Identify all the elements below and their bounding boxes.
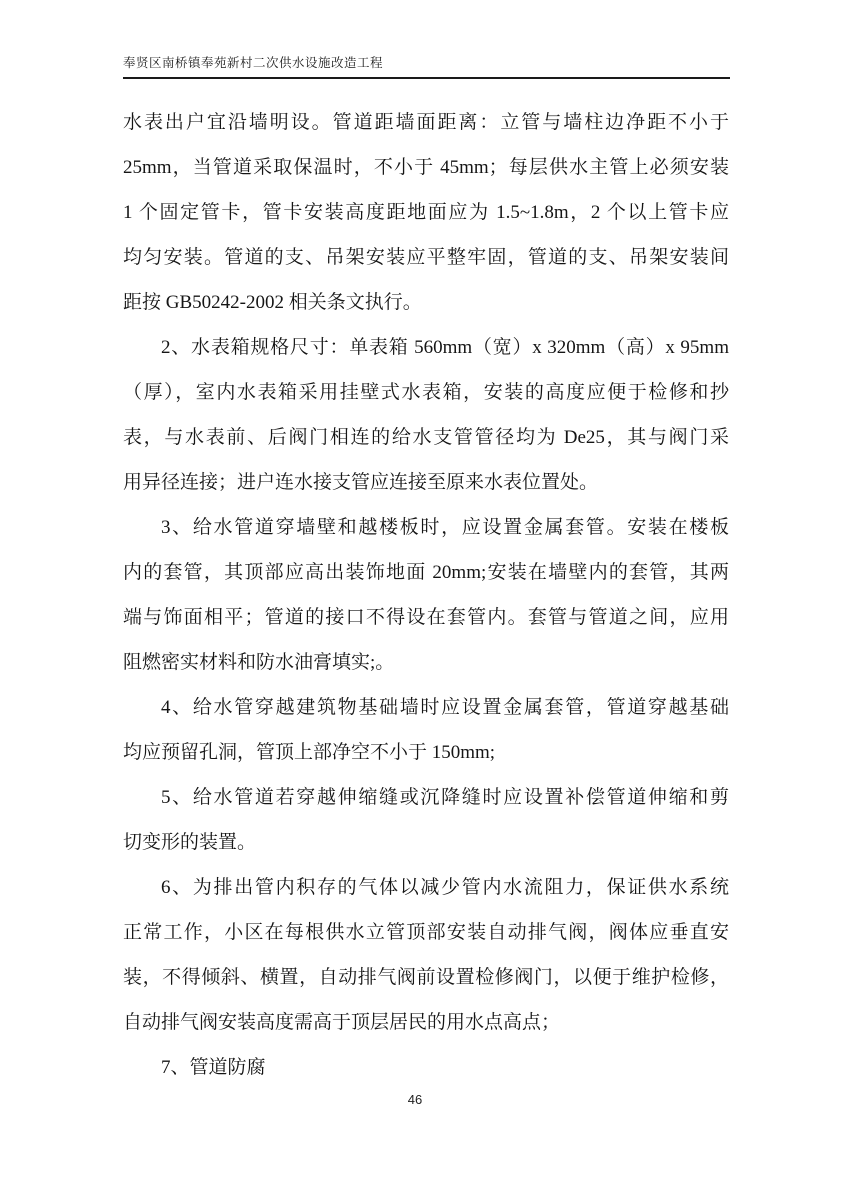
paragraph-7: 7、管道防腐 [123,1045,729,1090]
paragraph-1: 水表出户宜沿墙明设。管道距墙面距离：立管与墙柱边净距不小于25mm，当管道采取保… [123,100,729,325]
text-line: 7、管道防腐 [123,1045,729,1090]
text-line: 距按 GB50242-2002 相关条文执行。 [123,280,729,325]
text-line: （厚），室内水表箱采用挂壁式水表箱，安装的高度应便于检修和抄 [123,370,729,415]
text-line: 切变形的装置。 [123,820,729,865]
text-line: 自动排气阀安装高度需高于顶层居民的用水点高点； [123,1000,729,1045]
paragraph-5: 5、给水管道若穿越伸缩缝或沉降缝时应设置补偿管道伸缩和剪切变形的装置。 [123,775,729,865]
header-project-title: 奉贤区南桥镇奉苑新村二次供水设施改造工程 [123,56,383,70]
text-line: 阻燃密实材料和防水油膏填实;。 [123,640,729,685]
page-number: 46 [408,1092,422,1107]
text-line: 用异径连接；进户连水接支管应连接至原来水表位置处。 [123,460,729,505]
paragraph-6: 6、为排出管内积存的气体以减少管内水流阻力，保证供水系统正常工作，小区在每根供水… [123,865,729,1045]
paragraph-2: 2、水表箱规格尺寸：单表箱 560mm（宽）x 320mm（高）x 95mm（厚… [123,325,729,505]
document-body: 水表出户宜沿墙明设。管道距墙面距离：立管与墙柱边净距不小于25mm，当管道采取保… [123,100,729,1090]
text-line: 表，与水表前、后阀门相连的给水支管管径均为 De25，其与阀门采 [123,415,729,460]
text-line: 4、给水管穿越建筑物基础墙时应设置金属套管，管道穿越基础 [123,685,729,730]
paragraph-3: 3、给水管道穿墙壁和越楼板时，应设置金属套管。安装在楼板内的套管，其顶部应高出装… [123,505,729,685]
text-line: 均应预留孔洞，管顶上部净空不小于 150mm; [123,730,729,775]
text-line: 5、给水管道若穿越伸缩缝或沉降缝时应设置补偿管道伸缩和剪 [123,775,729,820]
text-line: 1 个固定管卡，管卡安装高度距地面应为 1.5~1.8m，2 个以上管卡应 [123,190,729,235]
text-line: 25mm，当管道采取保温时，不小于 45mm；每层供水主管上必须安装 [123,145,729,190]
text-line: 6、为排出管内积存的气体以减少管内水流阻力，保证供水系统 [123,865,729,910]
text-line: 内的套管，其顶部应高出装饰地面 20mm;安装在墙壁内的套管，其两 [123,550,729,595]
text-line: 水表出户宜沿墙明设。管道距墙面距离：立管与墙柱边净距不小于 [123,100,729,145]
text-line: 均匀安装。管道的支、吊架安装应平整牢固，管道的支、吊架安装间 [123,235,729,280]
document-page: 奉贤区南桥镇奉苑新村二次供水设施改造工程 水表出户宜沿墙明设。管道距墙面距离：立… [0,0,849,1200]
text-line: 装，不得倾斜、横置，自动排气阀前设置检修阀门，以便于维护检修， [123,955,729,1000]
text-line: 2、水表箱规格尺寸：单表箱 560mm（宽）x 320mm（高）x 95mm [123,325,729,370]
paragraph-4: 4、给水管穿越建筑物基础墙时应设置金属套管，管道穿越基础均应预留孔洞，管顶上部净… [123,685,729,775]
page-header: 奉贤区南桥镇奉苑新村二次供水设施改造工程 [123,53,730,79]
text-line: 正常工作，小区在每根供水立管顶部安装自动排气阀，阀体应垂直安 [123,910,729,955]
page-footer: 46 [0,1092,830,1107]
text-line: 端与饰面相平；管道的接口不得设在套管内。套管与管道之间，应用 [123,595,729,640]
text-line: 3、给水管道穿墙壁和越楼板时，应设置金属套管。安装在楼板 [123,505,729,550]
